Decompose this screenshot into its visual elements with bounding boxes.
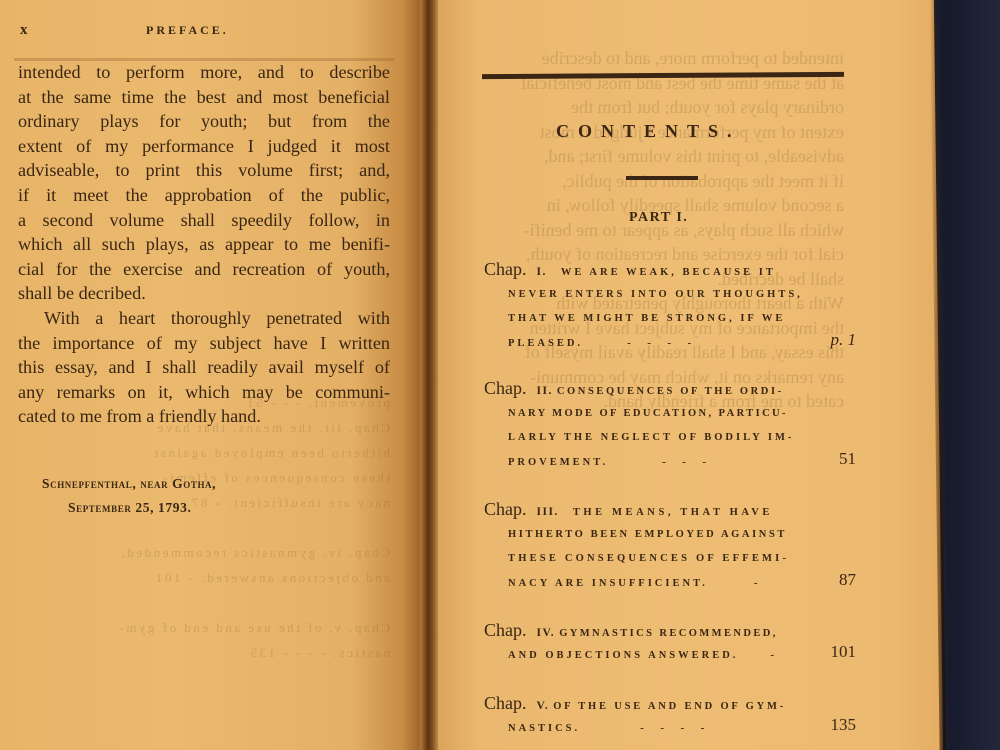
text-line: cial for the exercise and recreation of … — [18, 257, 390, 282]
toc-entry-chapter-4[interactable]: Chap. IV. GYMNASTICS RECOMMENDED, AND OB… — [484, 620, 856, 669]
toc-entry-chapter-2[interactable]: Chap. II. CONSEQUENCES OF THE ORDI- NARY… — [484, 378, 856, 476]
text-line: any remarks on it, which may be communi- — [18, 380, 390, 405]
text-line: intended to perform more, and to describ… — [18, 60, 390, 85]
chapter-label: Chap. — [484, 378, 527, 398]
text-line: extent of my performance I judged it mos… — [18, 134, 390, 159]
bleed-line: Chap. iv. gymnastics recommended, — [30, 540, 390, 565]
chapter-title-line: PROVEMENT. — [508, 457, 608, 468]
bleed-line: if it meet the approbation of the public… — [482, 169, 844, 194]
dot-leader: - - - - — [640, 722, 704, 734]
text-line: this essay, and I shall readily avail my… — [18, 355, 390, 380]
chapter-label: Chap. — [484, 259, 527, 279]
chapter-title-line: HITHERTO BEEN EMPLOYED AGAINST — [508, 529, 787, 540]
right-page-bleed-through: intended to perform more, and to describ… — [482, 46, 844, 414]
page-number: 101 — [831, 642, 857, 662]
chapter-label: Chap. — [484, 693, 527, 713]
left-page-bleed-through: provement. - - - 51 Chap. iii. the means… — [30, 390, 390, 665]
text-line: if it meet the approbation of the public… — [18, 183, 390, 208]
chapter-title-line: NEVER ENTERS INTO OUR THOUGHTS, — [508, 289, 803, 300]
bleed-line: and objections answered. - 101 — [30, 565, 390, 590]
running-head-title: PREFACE. — [146, 23, 229, 38]
preface-paragraph-1: intended to perform more, and to describ… — [18, 60, 390, 306]
chapter-title-line: AND OBJECTIONS ANSWERED. — [508, 650, 738, 661]
text-line: ordinary plays for youth; but from the — [18, 109, 390, 134]
contents-short-rule — [626, 176, 698, 180]
text-line: which all such plays, as appear to me be… — [18, 232, 390, 257]
chapter-title-line: NASTICS. — [508, 723, 580, 734]
text-line: the importance of my subject have I writ… — [18, 331, 390, 356]
text-line: shall be decribed. — [18, 281, 390, 306]
chapter-label: Chap. — [484, 499, 527, 519]
toc-entry-chapter-5[interactable]: Chap. V. OF THE USE AND END OF GYM- NAST… — [484, 693, 856, 742]
preface-signature: Schnepfenthal, near Gotha, September 25,… — [42, 472, 402, 520]
dot-leader: - — [754, 577, 758, 589]
toc-entry-chapter-1[interactable]: Chap. I. WE ARE WEAK, BECAUSE IT NEVER E… — [484, 259, 856, 357]
chapter-number: III. — [537, 506, 559, 518]
page-folio: x — [20, 22, 29, 39]
signature-place: Schnepfenthal, near Gotha, — [42, 472, 402, 496]
chapter-title-line: THE MEANS, THAT HAVE — [573, 507, 773, 518]
text-line: a second volume shall speedily follow, i… — [18, 208, 390, 233]
chapter-number: II. — [537, 385, 553, 397]
chapter-title-line: THESE CONSEQUENCES OF EFFEMI- — [508, 553, 789, 564]
book-gutter — [420, 0, 440, 750]
chapter-title-line: OF THE USE AND END OF GYM- — [553, 701, 786, 712]
bleed-line: nastics. - - - - 135 — [30, 640, 390, 665]
chapter-number: V. — [537, 700, 550, 712]
bleed-line — [30, 590, 390, 615]
left-running-head: x PREFACE. — [20, 22, 390, 44]
chapter-title-line: NARY MODE OF EDUCATION, PARTICU- — [508, 408, 788, 419]
bleed-line: ordinary plays for youth; but from the — [482, 95, 844, 120]
page-number: 51 — [839, 449, 856, 469]
chapter-number: I. — [537, 266, 547, 278]
chapter-label: Chap. — [484, 620, 527, 640]
dot-leader: - - - — [662, 456, 706, 468]
signature-date: September 25, 1793. — [42, 496, 402, 520]
dot-leader: - — [770, 649, 774, 661]
bleed-line: Chap. v. of the use and end of gym- — [30, 615, 390, 640]
chapter-title-line: GYMNASTICS RECOMMENDED, — [559, 628, 778, 639]
chapter-title-line: CONSEQUENCES OF THE ORDI- — [557, 386, 784, 397]
page-number: p. 1 — [831, 330, 857, 350]
page-number: 135 — [831, 715, 857, 735]
chapter-title-line: PLEASED. — [508, 338, 583, 349]
dark-backdrop — [940, 0, 1000, 750]
text-line: With a heart thoroughly penetrated with — [18, 306, 390, 331]
part-heading: PART I. — [629, 210, 688, 226]
bleed-line: hitherto been employed against — [30, 440, 390, 465]
chapter-title-line: THAT WE MIGHT BE STRONG, IF WE — [508, 313, 785, 324]
dot-leader: - - - - — [627, 337, 691, 349]
chapter-title-line: WE ARE WEAK, BECAUSE IT — [561, 267, 776, 278]
open-book-spread: provement. - - - 51 Chap. iii. the means… — [0, 0, 1000, 750]
text-line: cated to me from a friendly hand. — [18, 404, 390, 429]
text-line: at the same time the best and most benef… — [18, 85, 390, 110]
bleed-line: intended to perform more, and to describ… — [482, 46, 844, 71]
preface-body: intended to perform more, and to describ… — [18, 60, 390, 429]
chapter-number: IV. — [537, 627, 556, 639]
chapter-title-line: NACY ARE INSUFFICIENT. — [508, 578, 708, 589]
toc-entry-chapter-3[interactable]: Chap. III. THE MEANS, THAT HAVE HITHERTO… — [484, 499, 856, 597]
contents-title: CONTENTS. — [556, 121, 741, 142]
chapter-title-line: LARLY THE NEGLECT OF BODILY IM- — [508, 432, 794, 443]
preface-paragraph-2: With a heart thoroughly penetrated with … — [18, 306, 390, 429]
bleed-line: adviseable, to print this volume first; … — [482, 144, 844, 169]
text-line: adviseable, to print this volume first; … — [18, 158, 390, 183]
page-number: 87 — [839, 570, 856, 590]
